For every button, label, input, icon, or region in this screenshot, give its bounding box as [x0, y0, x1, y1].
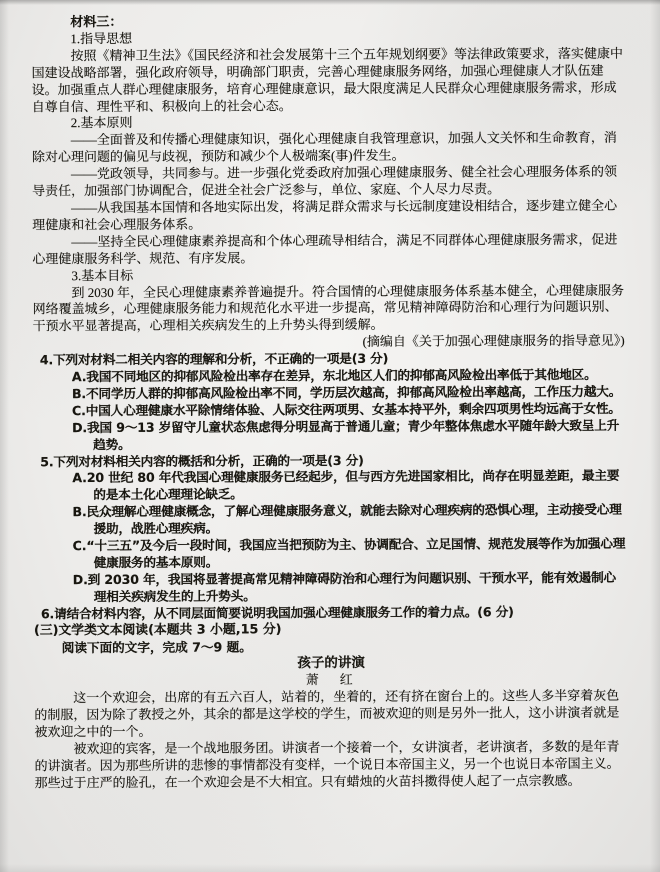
question-6-stem-text: 请结合材料内容，从不同层面简要说明我国加强心理健康服务工作的着力点。(6 分): [54, 604, 514, 621]
question-4-option-d: D.我国 9～13 岁留守儿童状态焦虑得分明显高于普通儿童；青少年整体焦虑水平随…: [33, 417, 627, 453]
question-4-option-b-label: B.: [72, 386, 86, 401]
question-5-option-d: D.到 2030 年，我国将显著提高常见精神障碍防治和心理行为问题识别、干预水平…: [34, 570, 628, 606]
question-4-option-a-text: 我国不同地区的抑郁风险检出率存在差异，东北地区人们的抑郁高风险检出率低于其他地区…: [86, 367, 596, 384]
questions-section: 4.下列对材料二相关内容的理解和分析，不正确的一项是(3 分) A.我国不同地区…: [33, 350, 628, 623]
question-5-option-d-label: D.: [73, 572, 88, 587]
essay-paragraph-2: 被欢迎的宾客，是一个战地服务团。讲演者一个接着一个，女讲演者，老讲演者，多数的是…: [34, 739, 628, 792]
exam-paper-page: 材料三： 1.指导思想 按照《精神卫生法》《国民经济和社会发展第十三个五年规划纲…: [0, 0, 660, 872]
material-paragraph-principle-1: ——全面普及和传播心理健康知识，强化心理健康自我管理意识，加强人文关怀和生命教育…: [32, 130, 626, 166]
question-5-option-d-text: 到 2030 年，我国将显著提高常见精神障碍防治和心理行为问题识别、干预水平，能…: [88, 570, 616, 604]
material-citation: (摘编自《关于加强心理健康服务的指导意见》): [33, 333, 627, 352]
essay-body: 这一个欢迎会，出席的有五六百人，站着的，坐着的，还有挤在窗台上的。这些人多半穿着…: [34, 688, 628, 792]
question-5-option-a-label: A.: [72, 471, 87, 486]
material-paragraph-guiding-ideology: 按照《精神卫生法》《国民经济和社会发展第十三个五年规划纲要》等法律政策要求，落实…: [31, 46, 625, 116]
question-5-option-c: C.“十三五”及今后一段时间，我国应当把预防为主、协调配合、立足国情、规范发展等…: [34, 536, 628, 572]
question-5-option-b: B.民众理解心理健康概念，了解心理健康服务意义，就能去除对心理疾病的恐惧心理，主…: [33, 502, 627, 538]
question-5-number: 5.: [40, 454, 53, 469]
question-5-option-b-text: 民众理解心理健康概念，了解心理健康服务意义，就能去除对心理疾病的恐惧心理，主动接…: [87, 502, 622, 536]
question-4: 4.下列对材料二相关内容的理解和分析，不正确的一项是(3 分) A.我国不同地区…: [33, 350, 627, 454]
literature-section: (三)文学类文本阅读(本题共 3 小题,15 分) 阅读下面的文字，完成 7～9…: [34, 620, 629, 792]
question-5: 5.下列对材料相关内容的概括和分析，正确的一项是(3 分) A.20 世纪 80…: [33, 451, 628, 606]
question-5-option-c-label: C.: [73, 538, 87, 553]
question-5-option-c-text: “十三五”及今后一段时间，我国应当把预防为主、协调配合、立足国情、规范发展等作为…: [86, 536, 625, 570]
question-5-option-a: A.20 世纪 80 年代我国心理健康服务已经起步，但与西方先进国家相比，尚存在…: [33, 468, 627, 504]
question-4-stem-text: 下列对材料二相关内容的理解和分析，不正确的一项是(3 分): [53, 351, 388, 367]
question-4-option-a-label: A.: [72, 369, 87, 384]
material-paragraph-basic-goals: 到 2030 年，全民心理健康素养普遍提升。符合国情的心理健康服务体系基本健全，…: [32, 282, 626, 335]
question-5-stem-text: 下列对材料相关内容的概括和分析，正确的一项是(3 分): [53, 452, 363, 468]
essay-paragraph-1: 这一个欢迎会，出席的有五六百人，站着的，坐着的，还有挤在窗台上的。这些人多半穿着…: [34, 688, 628, 741]
material-three-section: 材料三： 1.指导思想 按照《精神卫生法》《国民经济和社会发展第十三个五年规划纲…: [31, 12, 626, 353]
question-4-option-c-label: C.: [72, 403, 86, 418]
question-5-option-a-text: 20 世纪 80 年代我国心理健康服务已经起步，但与西方先进国家相比，尚存在明显…: [87, 468, 620, 502]
question-4-option-d-text: 我国 9～13 岁留守儿童状态焦虑得分明显高于普通儿童；青少年整体焦虑水平随年龄…: [87, 417, 619, 451]
page-content: 材料三： 1.指导思想 按照《精神卫生法》《国民经济和社会发展第十三个五年规划纲…: [31, 12, 628, 792]
material-paragraph-principle-3: ——从我国基本国情和各地实际出发，将满足群众需求与长远制度建设相结合，逐步建立健…: [32, 198, 626, 234]
question-4-option-c-text: 中国人心理健康水平除情绪体验、人际交往两项男、女基本持平外，剩余四项男性均远高于…: [86, 401, 621, 418]
question-6-number: 6.: [41, 606, 54, 621]
material-paragraph-principle-4: ——坚持全民心理健康素养提高和个体心理疏导相结合，满足不同群体心理健康服务需求，…: [32, 231, 626, 267]
question-5-option-b-label: B.: [72, 504, 86, 519]
question-4-option-b-text: 不同学历人群的抑郁高风险检出率不同，学历层次越高，抑郁高风险检出率越高，工作压力…: [86, 384, 621, 401]
question-4-number: 4.: [40, 352, 53, 367]
question-4-option-d-label: D.: [72, 420, 87, 435]
material-paragraph-principle-2: ——党政领导，共同参与。进一步强化党委政府加强心理健康服务、健全社会心理服务体系…: [32, 164, 626, 200]
